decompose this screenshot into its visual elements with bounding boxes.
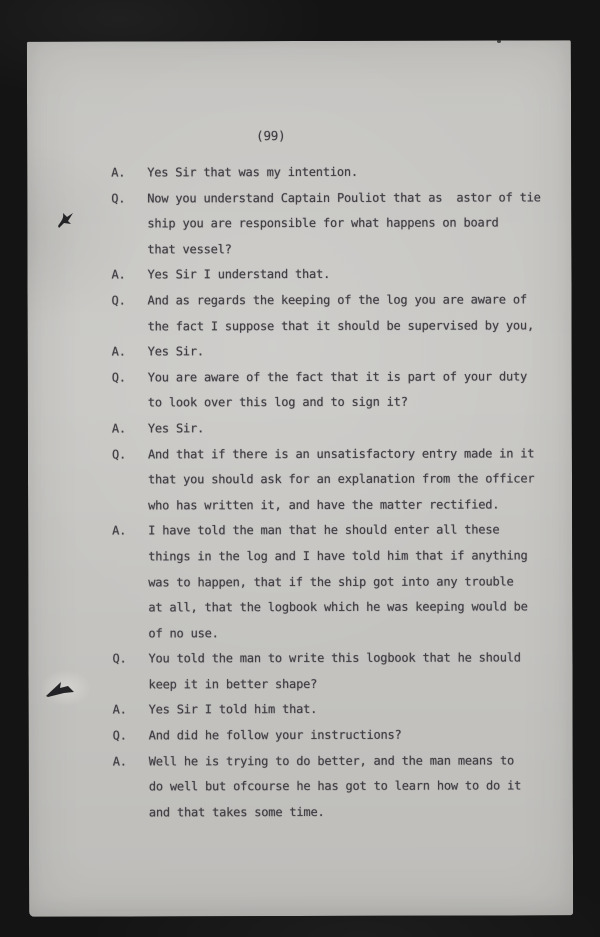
transcript-line: Q.And as regards the keeping of the log … [28, 287, 572, 314]
transcript-line: of no use. [28, 620, 572, 647]
transcript-line: Q.You are aware of the fact that it is p… [28, 364, 572, 391]
line-text: Now you understand Captain Pouliot that … [147, 190, 540, 205]
line-text: I have told the man that he should enter… [148, 523, 499, 538]
transcript-line: do well but ofcourse he has got to learn… [29, 774, 573, 801]
transcript-line: who has written it, and have the matter … [28, 492, 572, 519]
line-text: and that takes some time. [149, 805, 325, 819]
line-text: Yes Sir I told him that. [149, 702, 318, 716]
transcript-line: A.Well he is trying to do better, and th… [29, 748, 573, 775]
speaker-label: A. [113, 698, 149, 724]
line-text: Yes Sir. [148, 421, 204, 435]
scanned-document: (99) A.Yes Sir that was my intention.Q.N… [0, 0, 600, 937]
page-number: (99) [256, 128, 285, 143]
transcript-line: things in the log and I have told him th… [28, 543, 572, 570]
speaker-label: A. [111, 263, 147, 289]
line-text: And did he follow your instructions? [149, 728, 402, 743]
transcript-line: ship you are responsible for what happen… [27, 210, 571, 237]
transcript-line: at all, that the logbook which he was ke… [28, 594, 572, 621]
speaker-label: Q. [112, 365, 148, 391]
line-text: things in the log and I have told him th… [148, 548, 527, 563]
line-text: keep it in better shape? [149, 677, 318, 691]
ink-mark-lower-left [46, 679, 78, 701]
transcript-line: the fact I suppose that it should be sup… [28, 313, 572, 340]
speaker-label: Q. [111, 186, 147, 212]
transcript-line: A.Yes Sir I understand that. [27, 262, 571, 289]
transcript-line: keep it in better shape? [29, 671, 573, 698]
transcript-line: A.I have told the man that he should ent… [28, 518, 572, 545]
line-text: do well but ofcourse he has got to learn… [149, 779, 521, 794]
line-text: And as regards the keeping of the log yo… [148, 292, 527, 307]
speaker-label: Q. [112, 442, 148, 468]
speaker-label: A. [113, 749, 149, 775]
line-text: the fact I suppose that it should be sup… [148, 318, 534, 333]
line-text: Yes Sir I understand that. [147, 267, 330, 281]
line-text: Yes Sir that was my intention. [147, 165, 358, 180]
line-text: that vessel? [147, 242, 231, 256]
line-text: that you should ask for an explanation f… [148, 472, 534, 487]
line-text: to look over this log and to sign it? [148, 395, 408, 410]
transcript-line: that vessel? [27, 236, 571, 263]
transcript-line: Q.Now you understand Captain Pouliot tha… [27, 185, 571, 212]
line-text: at all, that the logbook which he was ke… [148, 599, 527, 614]
ink-mark-upper-left [56, 210, 76, 232]
line-text: Well he is trying to do better, and the … [149, 753, 514, 768]
line-text: Yes Sir. [148, 344, 204, 358]
transcript: A.Yes Sir that was my intention.Q.Now yo… [27, 159, 573, 826]
paper-page: (99) A.Yes Sir that was my intention.Q.N… [27, 40, 573, 916]
transcript-line: A.Yes Sir. [28, 338, 572, 365]
transcript-line: A.Yes Sir I told him that. [29, 697, 573, 724]
speaker-label: A. [111, 160, 147, 186]
speaker-label: A. [112, 416, 148, 442]
speaker-label: A. [112, 340, 148, 366]
transcript-line: A.Yes Sir. [28, 415, 572, 442]
transcript-line: was to happen, that if the ship got into… [28, 569, 572, 596]
transcript-line: A.Yes Sir that was my intention. [27, 159, 571, 186]
transcript-line: and that takes some time. [29, 799, 573, 826]
transcript-line: Q.You told the man to write this logbook… [28, 646, 572, 673]
line-text: of no use. [148, 626, 218, 640]
line-text: was to happen, that if the ship got into… [148, 574, 513, 589]
speaker-label: Q. [112, 288, 148, 314]
line-text: And that if there is an unsatisfactory e… [148, 446, 534, 461]
speaker-label: A. [112, 519, 148, 545]
speaker-label: Q. [112, 647, 148, 673]
page-edge-nick [497, 40, 501, 43]
line-text: ship you are responsible for what happen… [147, 216, 498, 231]
transcript-line: that you should ask for an explanation f… [28, 466, 572, 493]
transcript-line: Q.And did he follow your instructions? [29, 722, 573, 749]
line-text: You are aware of the fact that it is par… [148, 369, 527, 384]
speaker-label: Q. [113, 723, 149, 749]
transcript-line: to look over this log and to sign it? [28, 390, 572, 417]
line-text: You told the man to write this logbook t… [148, 651, 520, 666]
transcript-line: Q.And that if there is an unsatisfactory… [28, 441, 572, 468]
line-text: who has written it, and have the matter … [148, 497, 499, 512]
